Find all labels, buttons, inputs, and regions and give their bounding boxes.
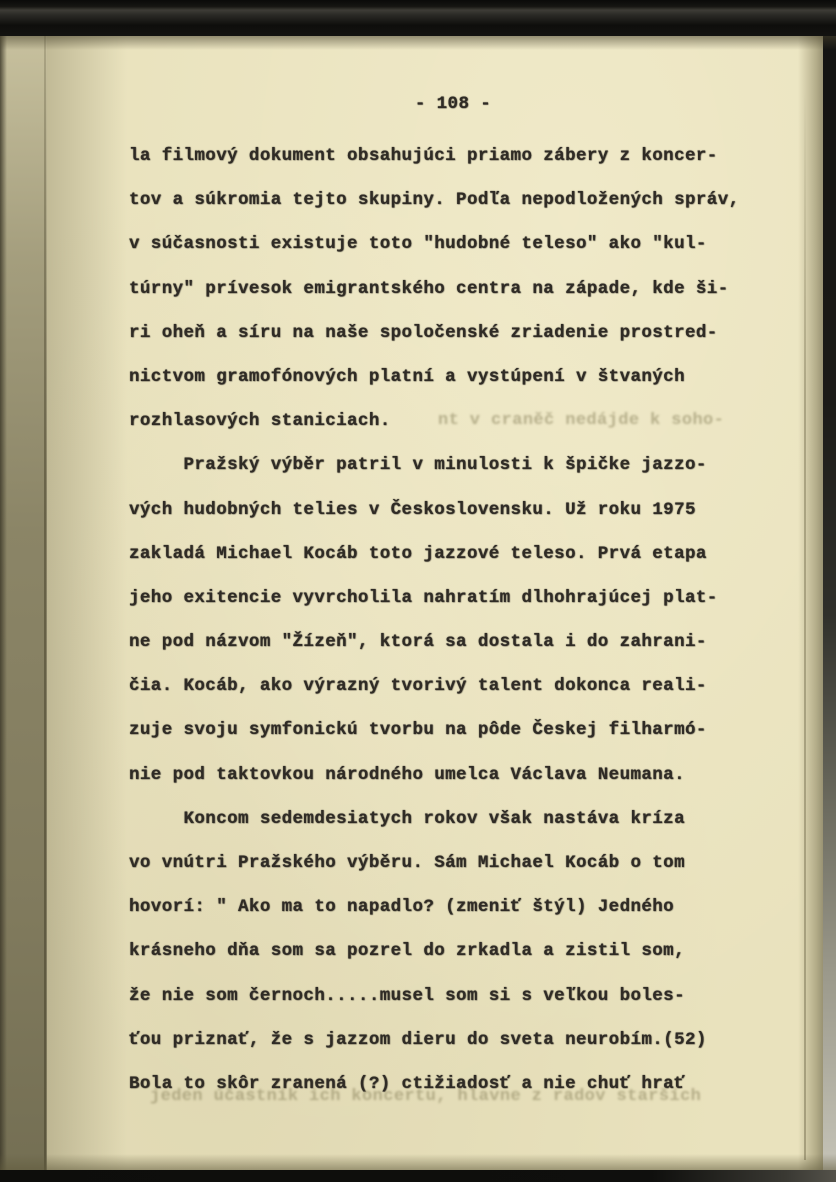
typewritten-line: v súčasnosti existuje toto "hudobné tele… — [129, 222, 789, 266]
bleedthrough-text: jeden účastník ich koncertu, hlavne z ra… — [150, 1082, 701, 1112]
typewritten-line: vo vnútri Pražského výběru. Sám Michael … — [129, 841, 789, 885]
bleedthrough-text: nt v craněč nedájde k soho- — [438, 399, 724, 443]
page-edge-shadow — [798, 0, 824, 1182]
typewritten-line: že nie som černoch.....musel som si s ve… — [129, 974, 789, 1018]
typewritten-line: nie pod taktovkou národného umelca Václa… — [129, 753, 789, 797]
typewritten-line: krásneho dňa som sa pozrel do zrkadla a … — [129, 929, 789, 973]
typewritten-line: vých hudobných telies v Československu. … — [129, 488, 789, 532]
typewritten-line: tov a súkromia tejto skupiny. Podľa nepo… — [129, 178, 789, 222]
typewritten-line: ri oheň a síru na naše spoločenské zriad… — [129, 311, 789, 355]
scan-band-bottom — [0, 1170, 836, 1182]
typewritten-line: jeho exitencie vyvrcholila nahratím dlho… — [129, 576, 789, 620]
typewritten-line: nictvom gramofónových platní a vystúpení… — [129, 355, 789, 399]
typewritten-line: čia. Kocáb, ako výrazný tvorivý talent d… — [129, 664, 789, 708]
page-fold-fade — [47, 0, 127, 1182]
typewritten-line: zuje svoju symfonickú tvorbu na pôde Čes… — [129, 708, 789, 752]
typewritten-line: la filmový dokument obsahujúci priamo zá… — [129, 134, 789, 178]
scan-band-bottom-shadow — [0, 1154, 836, 1170]
typewritten-line: túrny" prívesok emigrantského centra na … — [129, 267, 789, 311]
typewritten-line: ne pod názvom "Žízeň", ktorá sa dostala … — [129, 620, 789, 664]
scanned-document-page: - 108 - la filmový dokument obsahujúci p… — [0, 0, 836, 1182]
typewritten-line: hovorí: " Ako ma to napadlo? (zmeniť štý… — [129, 885, 789, 929]
typewritten-line: zakladá Michael Kocáb toto jazzové teles… — [129, 532, 789, 576]
scan-band-top — [0, 0, 836, 36]
typewritten-line: Koncom sedemdesiatych rokov však nastáva… — [129, 797, 789, 841]
page-number: - 108 - — [129, 94, 777, 114]
typewritten-text-block: la filmový dokument obsahujúci priamo zá… — [129, 134, 789, 1106]
page-gutter-edge — [0, 0, 7, 1182]
typewritten-line: ťou priznať, že s jazzom dieru do sveta … — [129, 1018, 789, 1062]
typewritten-line: Pražský výběr patril v minulosti k špičk… — [129, 443, 789, 487]
scan-band-top-shadow — [0, 36, 836, 50]
scan-margin-right — [823, 0, 836, 1182]
